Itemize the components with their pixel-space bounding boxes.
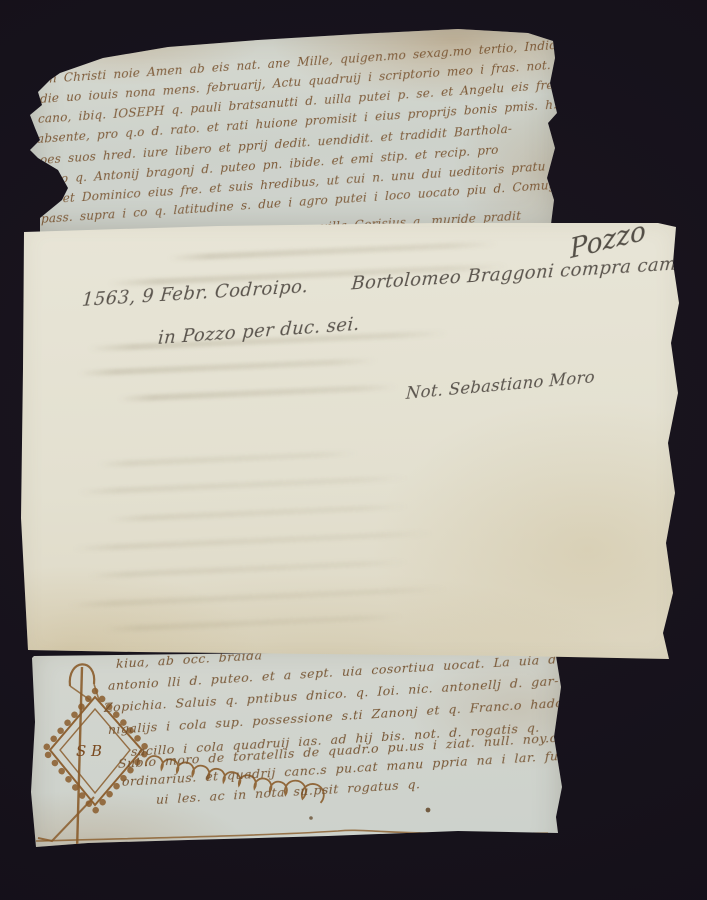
note-subject: Bortolomeo Braggoni compra campi bbox=[351, 252, 696, 294]
photo-backdrop: In Christi noie Amen ab eis nat. ane Mil… bbox=[0, 0, 707, 900]
archival-note-paper: Pozzo 1563, 9 Febr. Codroipo. Bortolomeo… bbox=[18, 218, 680, 666]
notary-signature: Not. Sebastiano Moro bbox=[405, 367, 595, 403]
manuscript-upper-fragment: In Christi noie Amen ab eis nat. ane Mil… bbox=[28, 28, 560, 232]
notarial-sign-initials: S B bbox=[76, 742, 102, 760]
manuscript-lower-fragment: S B kiua, ab occ. braida antonio lli d. … bbox=[28, 642, 563, 864]
